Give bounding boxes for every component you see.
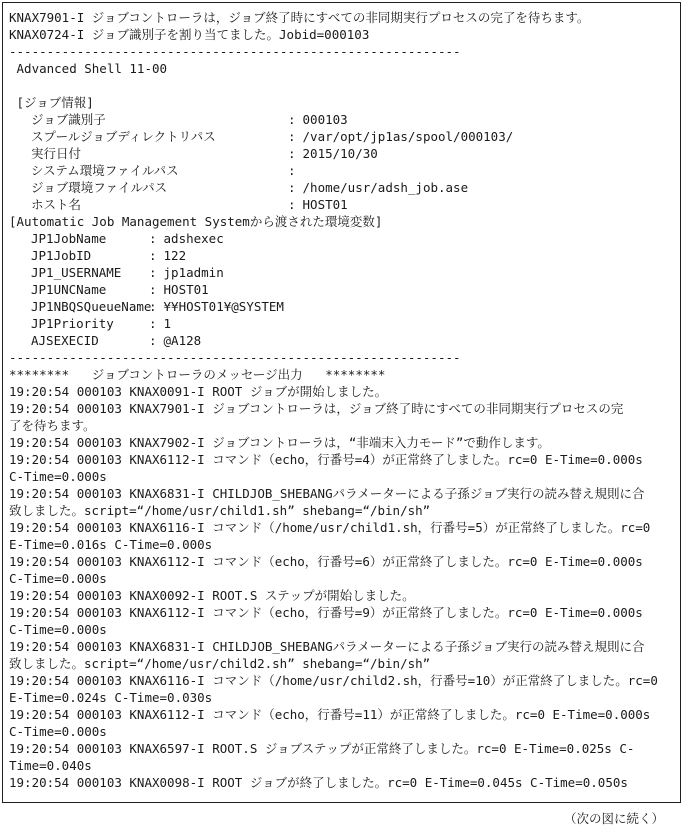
job-info-label: ジョブ環境ファイルパス bbox=[31, 179, 288, 196]
log-line: 19:20:54 000103 KNAX6831-I CHILDJOB_SHEB… bbox=[9, 638, 680, 655]
log-line: 19:20:54 000103 KNAX6116-I コマンド（/home/us… bbox=[9, 672, 680, 689]
header-line: KNAX7901-I ジョブコントローラは，ジョブ終了時にすべての非同期実行プロ… bbox=[9, 9, 680, 26]
log-line: 19:20:54 000103 KNAX7902-I ジョブコントローラは，“非… bbox=[9, 434, 680, 451]
log-line: 了を待ちます。 bbox=[9, 417, 680, 434]
job-info-label: システム環境ファイルパス bbox=[31, 162, 288, 179]
job-info-table: ジョブ識別子:000103 スプールジョブディレクトリパス:/var/opt/j… bbox=[9, 111, 680, 213]
blank-line bbox=[9, 77, 680, 94]
env-var-label: JP1UNCName bbox=[31, 281, 149, 298]
job-info-row: ジョブ環境ファイルパス:/home/usr/adsh_job.ase bbox=[9, 179, 680, 196]
colon-separator: : bbox=[288, 179, 296, 196]
env-var-value: 1 bbox=[164, 315, 172, 332]
log-line: 19:20:54 000103 KNAX6112-I コマンド（echo，行番号… bbox=[9, 553, 680, 570]
env-var-label: JP1_USERNAME bbox=[31, 264, 149, 281]
log-line: 19:20:54 000103 KNAX7901-I ジョブコントローラは，ジョ… bbox=[9, 400, 680, 417]
job-info-row: ホスト名:HOST01 bbox=[9, 196, 680, 213]
log-line: C-Time=0.000s bbox=[9, 621, 680, 638]
log-line: C-Time=0.000s bbox=[9, 723, 680, 740]
log-line: E-Time=0.024s C-Time=0.030s bbox=[9, 689, 680, 706]
env-vars-section-title: [Automatic Job Management Systemから渡された環境… bbox=[9, 213, 680, 230]
log-line: 致しました。script=“/home/usr/child2.sh” sheba… bbox=[9, 655, 680, 672]
env-var-row: JP1UNCName:HOST01 bbox=[9, 281, 680, 298]
log-line: 19:20:54 000103 KNAX6112-I コマンド（echo，行番号… bbox=[9, 451, 680, 468]
colon-separator: : bbox=[149, 281, 157, 298]
colon-separator: : bbox=[288, 111, 296, 128]
log-line: 19:20:54 000103 KNAX6597-I ROOT.S ジョブステッ… bbox=[9, 740, 680, 757]
log-line: 19:20:54 000103 KNAX0091-I ROOT ジョブが開始しま… bbox=[9, 383, 680, 400]
message-section-title: ******** ジョブコントローラのメッセージ出力 ******** bbox=[9, 366, 680, 383]
env-var-label: JP1Priority bbox=[31, 315, 149, 332]
colon-separator: : bbox=[149, 332, 157, 349]
job-info-section-title: [ジョブ情報] bbox=[9, 94, 680, 111]
log-line: E-Time=0.016s C-Time=0.000s bbox=[9, 536, 680, 553]
job-info-value: /var/opt/jp1as/spool/000103/ bbox=[303, 128, 514, 145]
job-info-value: /home/usr/adsh_job.ase bbox=[303, 179, 469, 196]
log-line: Time=0.040s bbox=[9, 757, 680, 774]
env-var-value: adshexec bbox=[164, 230, 224, 247]
env-var-label: AJSEXECID bbox=[31, 332, 149, 349]
log-line: 19:20:54 000103 KNAX6831-I CHILDJOB_SHEB… bbox=[9, 485, 680, 502]
job-info-row: スプールジョブディレクトリパス:/var/opt/jp1as/spool/000… bbox=[9, 128, 680, 145]
log-line: 19:20:54 000103 KNAX6112-I コマンド（echo，行番号… bbox=[9, 706, 680, 723]
log-lines: 19:20:54 000103 KNAX0091-I ROOT ジョブが開始しま… bbox=[9, 383, 680, 791]
log-line: 19:20:54 000103 KNAX0092-I ROOT.S ステップが開… bbox=[9, 587, 680, 604]
job-info-label: ジョブ識別子 bbox=[31, 111, 288, 128]
env-var-label: JP1NBQSQueueName bbox=[31, 298, 149, 315]
colon-separator: : bbox=[149, 315, 157, 332]
colon-separator: : bbox=[149, 230, 157, 247]
job-info-label: 実行日付 bbox=[31, 145, 288, 162]
log-line: C-Time=0.000s bbox=[9, 468, 680, 485]
log-line: 19:20:54 000103 KNAX6116-I コマンド（/home/us… bbox=[9, 519, 680, 536]
log-line: 19:20:54 000103 KNAX6112-I コマンド（echo，行番号… bbox=[9, 604, 680, 621]
colon-separator: : bbox=[288, 128, 296, 145]
separator-line-top: ----------------------------------------… bbox=[9, 43, 680, 60]
env-var-row: JP1JobID:122 bbox=[9, 247, 680, 264]
env-var-row: JP1Priority:1 bbox=[9, 315, 680, 332]
separator-line-bottom: ----------------------------------------… bbox=[9, 349, 680, 366]
job-info-value: 000103 bbox=[303, 111, 348, 128]
job-info-value: HOST01 bbox=[303, 196, 348, 213]
colon-separator: : bbox=[288, 196, 296, 213]
job-info-row: システム環境ファイルパス: bbox=[9, 162, 680, 179]
colon-separator: : bbox=[149, 247, 157, 264]
colon-separator: : bbox=[149, 264, 157, 281]
env-var-label: JP1JobID bbox=[31, 247, 149, 264]
env-var-value: HOST01 bbox=[164, 281, 209, 298]
env-vars-table: JP1JobName:adshexec JP1JobID:122 JP1_USE… bbox=[9, 230, 680, 349]
env-var-row: JP1_USERNAME:jp1admin bbox=[9, 264, 680, 281]
continuation-note: （次の図に続く） bbox=[564, 810, 664, 827]
job-info-row: 実行日付:2015/10/30 bbox=[9, 145, 680, 162]
job-info-row: ジョブ識別子:000103 bbox=[9, 111, 680, 128]
log-line: 致しました。script=“/home/usr/child1.sh” sheba… bbox=[9, 502, 680, 519]
env-var-value: @A128 bbox=[164, 332, 202, 349]
env-var-row: JP1NBQSQueueName:¥¥HOST01¥@SYSTEM bbox=[9, 298, 680, 315]
log-line: 19:20:54 000103 KNAX0098-I ROOT ジョブが終了しま… bbox=[9, 774, 680, 791]
job-info-label: ホスト名 bbox=[31, 196, 288, 213]
job-log-box: KNAX7901-I ジョブコントローラは，ジョブ終了時にすべての非同期実行プロ… bbox=[2, 2, 681, 803]
colon-separator: : bbox=[149, 298, 157, 315]
product-banner: Advanced Shell 11-00 bbox=[9, 60, 680, 77]
env-var-row: JP1JobName:adshexec bbox=[9, 230, 680, 247]
colon-separator: : bbox=[288, 145, 296, 162]
header-lines: KNAX7901-I ジョブコントローラは，ジョブ終了時にすべての非同期実行プロ… bbox=[9, 9, 680, 43]
job-info-value: 2015/10/30 bbox=[303, 145, 378, 162]
log-line: C-Time=0.000s bbox=[9, 570, 680, 587]
colon-separator: : bbox=[288, 162, 296, 179]
env-var-value: jp1admin bbox=[164, 264, 224, 281]
env-var-value: ¥¥HOST01¥@SYSTEM bbox=[164, 298, 284, 315]
header-line: KNAX0724-I ジョブ識別子を割り当てました。Jobid=000103 bbox=[9, 26, 680, 43]
env-var-label: JP1JobName bbox=[31, 230, 149, 247]
job-info-label: スプールジョブディレクトリパス bbox=[31, 128, 288, 145]
env-var-value: 122 bbox=[164, 247, 187, 264]
env-var-row: AJSEXECID:@A128 bbox=[9, 332, 680, 349]
